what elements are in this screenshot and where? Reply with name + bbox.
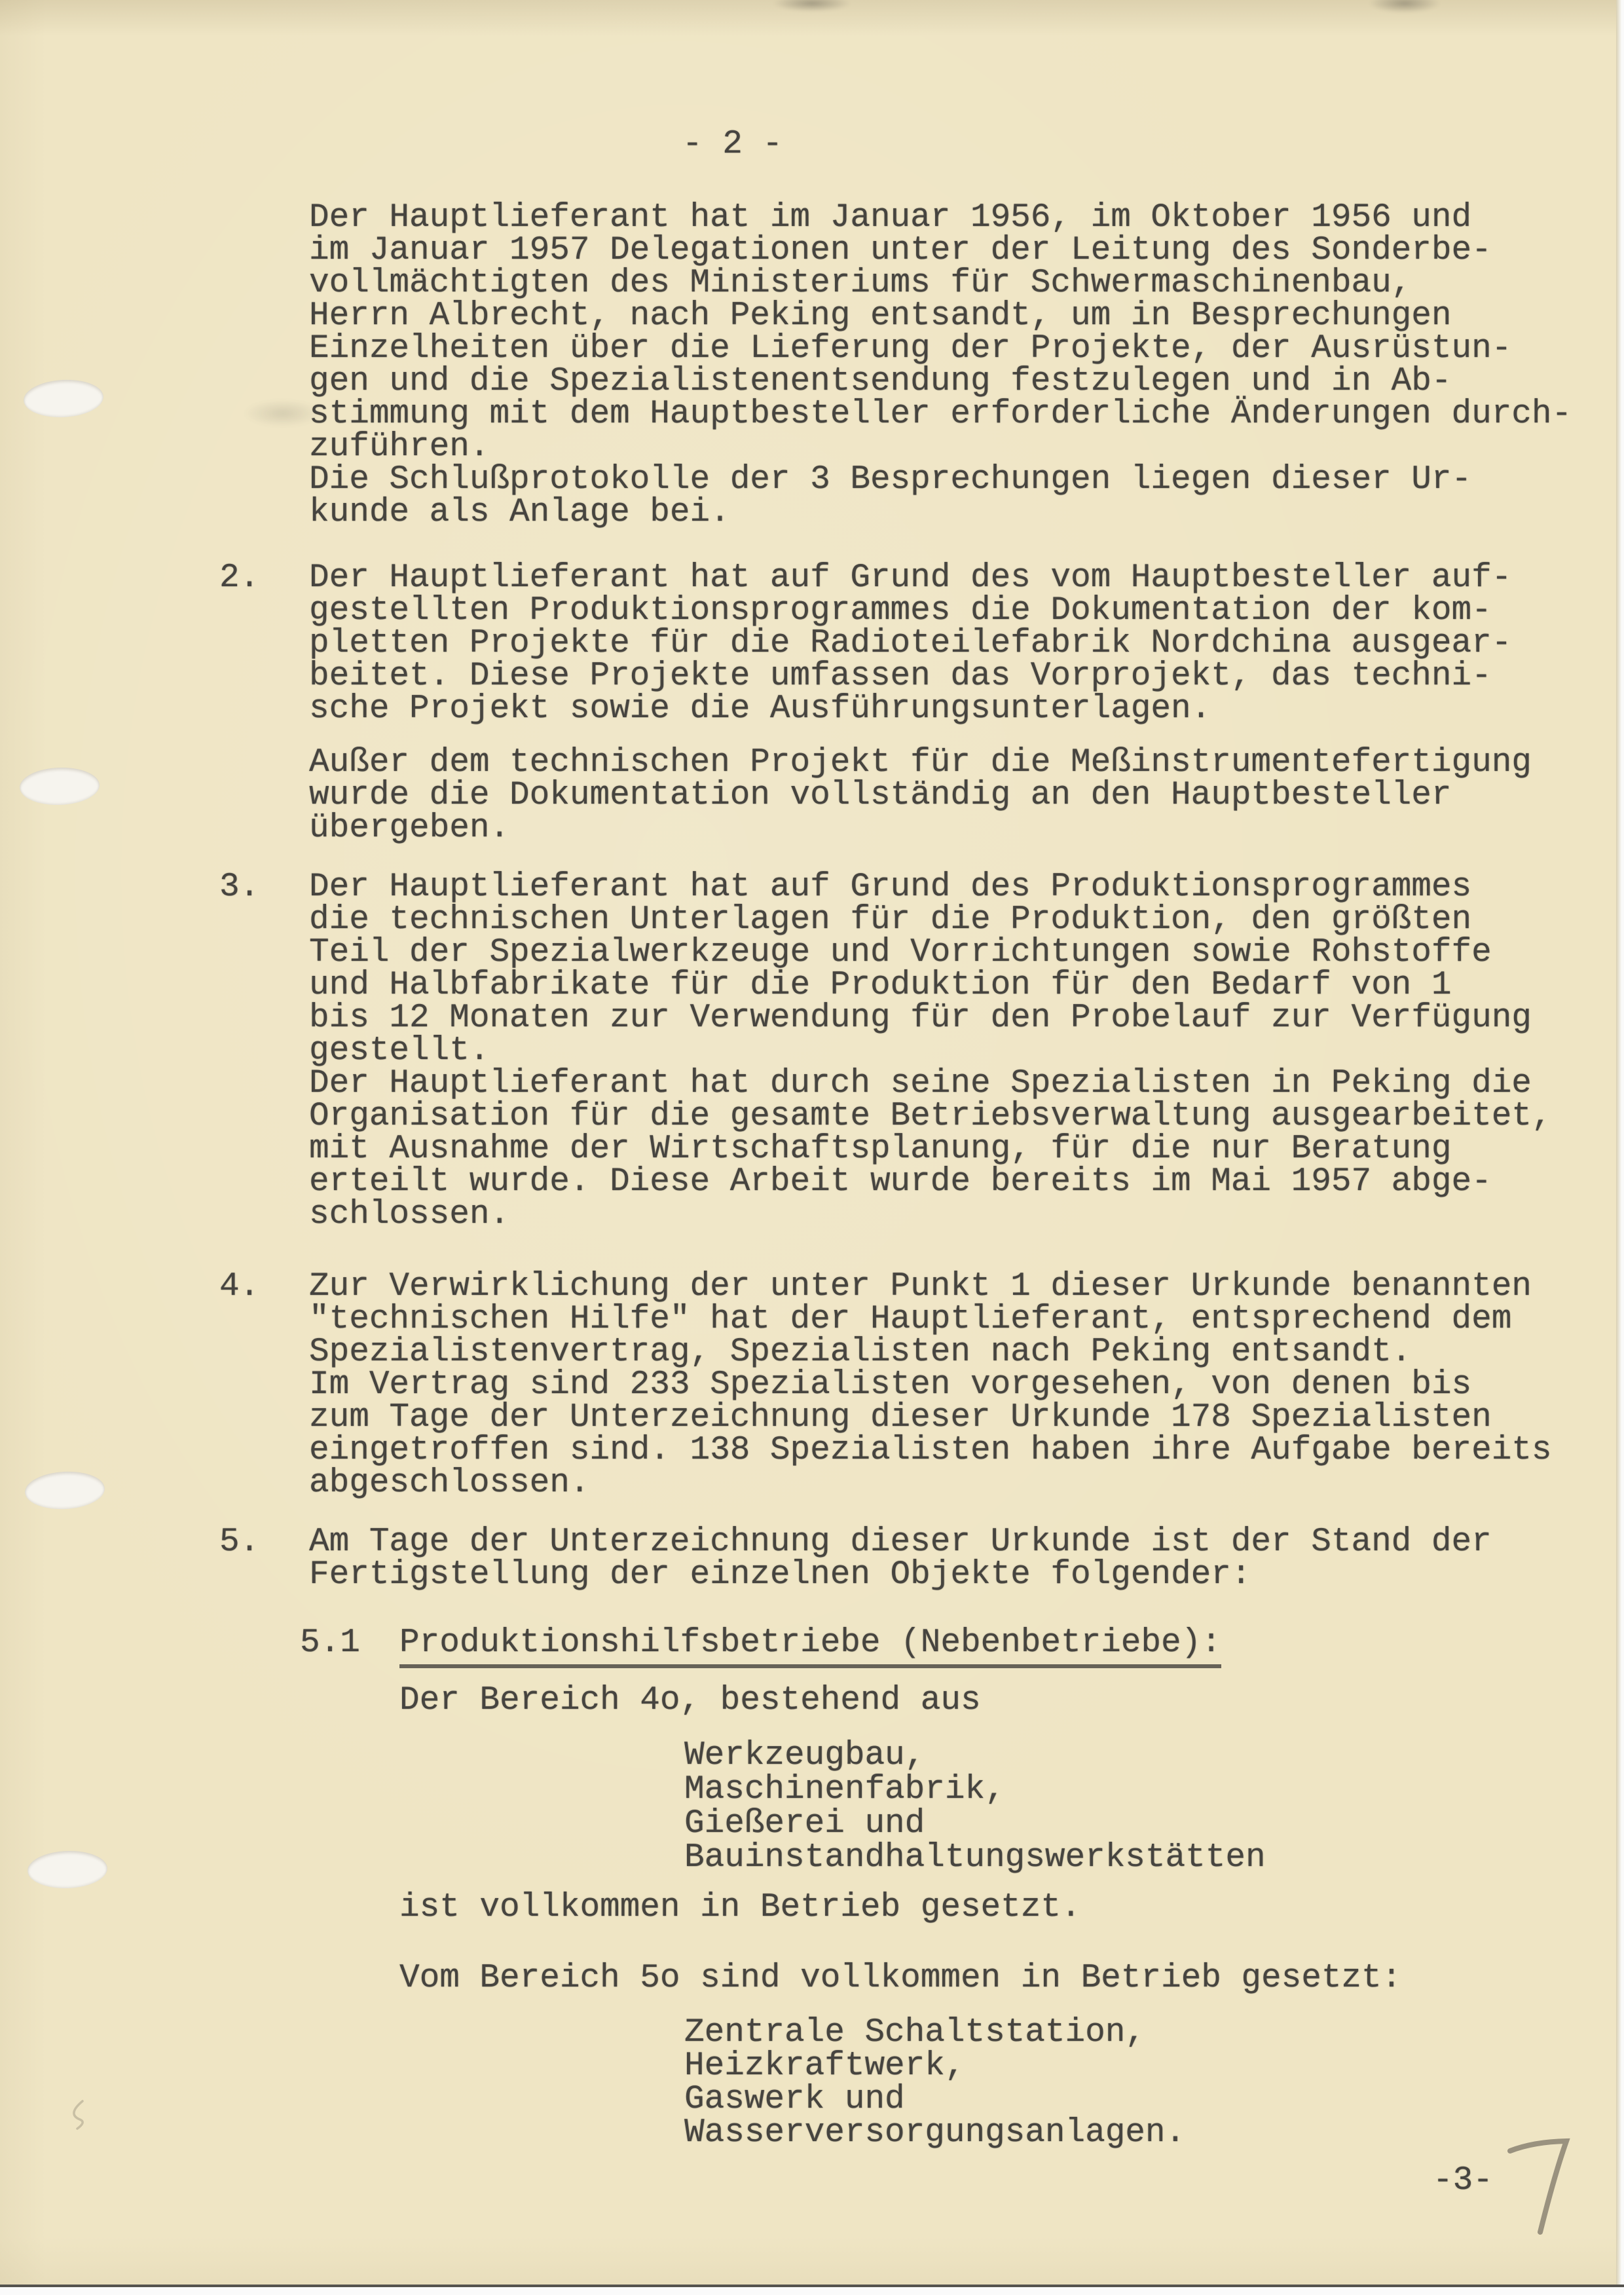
footer-page-ref: -3- xyxy=(1433,2165,1493,2197)
page-number: - 2 - xyxy=(682,128,783,161)
bereich-40-status-line: ist vollkommen in Betrieb gesetzt. xyxy=(399,1892,1081,1924)
body-paragraph-intro: Der Hauptlieferant hat im Januar 1956, i… xyxy=(309,202,1572,529)
item-4-paragraph: Zur Verwirklichung der unter Punkt 1 die… xyxy=(309,1271,1552,1500)
punch-hole xyxy=(19,766,100,806)
scan-smudge xyxy=(1369,0,1441,13)
item-number-5: 5. xyxy=(219,1526,259,1559)
scan-edge-bottom xyxy=(0,2287,1624,2295)
handwritten-7-icon xyxy=(1506,2136,1585,2245)
item-number-5-1: 5.1 xyxy=(300,1627,360,1660)
scan-smudge xyxy=(773,0,851,12)
scan-edge-right xyxy=(1616,0,1624,2295)
bereich-40-list: Werkzeugbau, Maschinenfabrik, Gießerei u… xyxy=(684,1739,1266,1875)
bereich-50-line: Vom Bereich 5o sind vollkommen in Betrie… xyxy=(399,1962,1401,1995)
item-number-2: 2. xyxy=(219,562,259,595)
punch-hole xyxy=(23,378,105,419)
item-2-paragraph-1: Der Hauptlieferant hat auf Grund des vom… xyxy=(309,562,1511,726)
bereich-50-list: Zentrale Schaltstation, Heizkraftwerk, G… xyxy=(684,2016,1185,2150)
scanned-document-page: { "page": { "number_top": "- 2 -", "foot… xyxy=(0,0,1624,2295)
section-5-1-heading: Produktionshilfsbetriebe (Nebenbetriebe)… xyxy=(399,1627,1221,1668)
item-2-paragraph-2: Außer dem technischen Projekt für die Me… xyxy=(309,747,1532,845)
item-5-paragraph: Am Tage der Unterzeichnung dieser Urkund… xyxy=(309,1526,1492,1592)
punch-hole xyxy=(24,1470,106,1511)
pencil-tick-mark xyxy=(58,2096,97,2138)
item-3-paragraph: Der Hauptlieferant hat auf Grund des Pro… xyxy=(309,871,1552,1231)
item-number-3: 3. xyxy=(219,871,259,904)
bereich-40-line: Der Bereich 4o, bestehend aus xyxy=(399,1685,981,1717)
punch-hole xyxy=(27,1850,108,1890)
item-number-4: 4. xyxy=(219,1271,259,1303)
